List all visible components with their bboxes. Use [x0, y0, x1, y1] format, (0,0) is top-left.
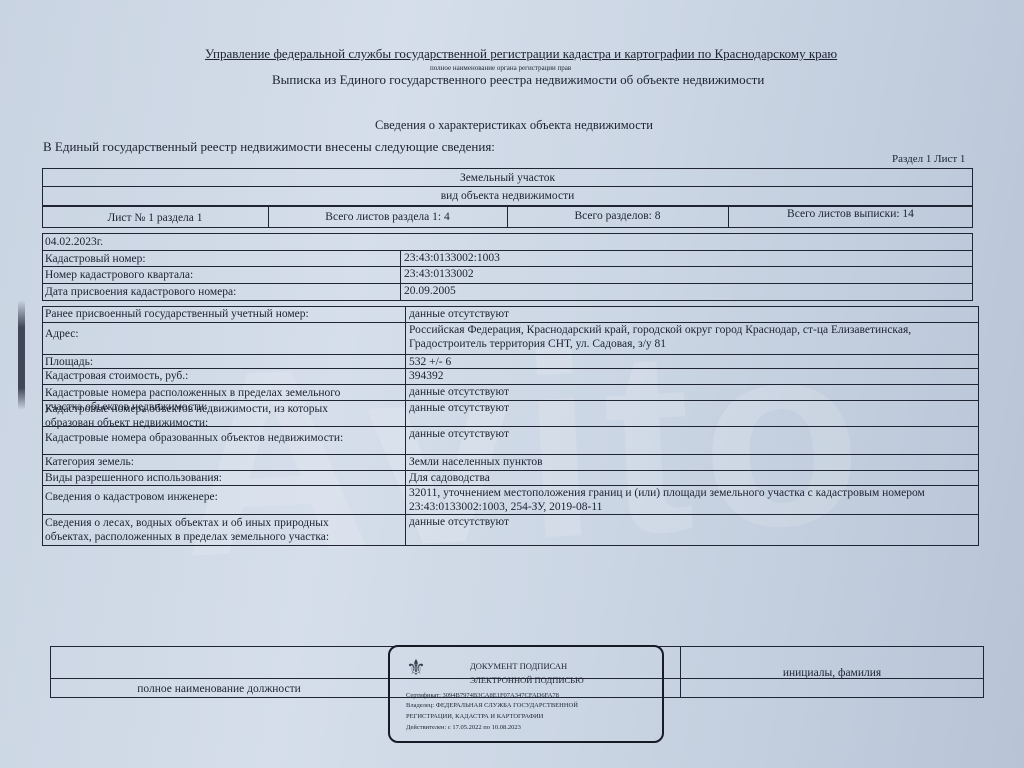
row-label: Адрес:	[45, 328, 79, 341]
row-divider	[42, 368, 979, 369]
sheet-reference: Раздел 1 Лист 1	[892, 153, 965, 165]
row-value: данные отсутствуют	[409, 386, 509, 399]
row-value: 23:43:0133002	[404, 268, 474, 281]
row-label: Кадастровые номера расположенных в преде…	[45, 387, 340, 400]
row-value: Земли населенных пунктов	[409, 456, 543, 469]
row-value: 23:43:0133002:1003	[404, 252, 500, 265]
row-divider	[42, 400, 979, 401]
section-title: Сведения о характеристиках объекта недви…	[375, 118, 653, 133]
row-divider	[42, 454, 979, 455]
row-label: Дата присвоения кадастрового номера:	[45, 286, 236, 299]
authority-caption: полное наименование органа регистрации п…	[430, 64, 571, 72]
electronic-signature-stamp: ⚜ ДОКУМЕНТ ПОДПИСАН ЭЛЕКТРОННОЙ ПОДПИСЬЮ…	[388, 645, 664, 743]
divider	[42, 186, 973, 187]
row-divider	[42, 426, 979, 427]
row-divider	[42, 283, 973, 284]
extract-date: 04.02.2023г.	[45, 236, 103, 249]
object-type: Земельный участок	[42, 172, 973, 185]
row-value-cont: Градостроитель территория СНТ, ул. Садов…	[409, 338, 666, 351]
object-type-caption: вид объекта недвижимости	[42, 190, 973, 203]
row-label: Кадастровая стоимость, руб.:	[45, 370, 188, 383]
row-value-cont: 23:43:0133002:1003, 254-ЗУ, 2019-08-11	[409, 501, 602, 514]
row-divider	[42, 250, 973, 251]
row-divider	[42, 485, 979, 486]
row-value: данные отсутствуют	[409, 516, 509, 529]
column-divider	[400, 250, 401, 266]
total-sheets-section: Всего листов раздела 1: 4	[268, 211, 507, 224]
position-caption: полное наименование должности	[50, 683, 388, 696]
row-label: Сведения о лесах, водных объектах и об и…	[45, 517, 329, 530]
extract-title: Выписка из Единого государственного реес…	[272, 72, 764, 88]
column-divider	[400, 266, 401, 283]
name-caption: инициалы, фамилия	[680, 667, 984, 680]
row-value: данные отсутствуют	[409, 402, 509, 415]
column-divider	[400, 283, 401, 301]
row-divider	[42, 384, 979, 385]
row-label: Сведения о кадастровом инженере:	[45, 491, 218, 504]
row-label: Категория земель:	[45, 456, 134, 469]
row-divider	[42, 322, 979, 323]
stamp-owner: Владелец: ФЕДЕРАЛЬНАЯ СЛУЖБА ГОСУДАРСТВЕ…	[406, 702, 578, 709]
stamp-certificate: Сертификат: 3094B7974B3CA8E1F07A347CFAD6…	[406, 692, 559, 699]
row-divider	[42, 266, 973, 267]
row-divider	[42, 354, 979, 355]
coat-of-arms-icon: ⚜	[404, 653, 428, 683]
row-value: данные отсутствуют	[409, 308, 509, 321]
row-label-cont: объектах, расположенных в пределах земел…	[45, 531, 329, 544]
row-label: Кадастровые номера образованных объектов…	[45, 432, 343, 445]
row-divider	[42, 514, 979, 515]
row-value: Российская Федерация, Краснодарский край…	[409, 324, 911, 337]
row-value: 20.09.2005	[404, 285, 456, 298]
row-label-cont: образован объект недвижимости:	[45, 417, 208, 430]
intro-text: В Единый государственный реестр недвижим…	[43, 139, 495, 155]
stamp-validity: Действителен: с 17.05.2022 по 10.08.2023	[406, 724, 521, 731]
row-value: Для садоводства	[409, 472, 490, 485]
row-label: Виды разрешенного использования:	[45, 472, 222, 485]
row-label: Кадастровый номер:	[45, 253, 146, 266]
stamp-owner2: РЕГИСТРАЦИИ, КАДАСТРА И КАРТОГРАФИИ	[406, 713, 543, 720]
stamp-line1: ДОКУМЕНТ ПОДПИСАН	[470, 661, 567, 671]
page-shadow	[18, 300, 25, 410]
stamp-line2: ЭЛЕКТРОННОЙ ПОДПИСЬЮ	[470, 675, 584, 685]
total-sheets-extract: Всего листов выписки: 14	[728, 208, 973, 221]
row-value: 32011, уточнением местоположения границ …	[409, 487, 925, 500]
row-divider	[42, 470, 979, 471]
sheet-number: Лист № 1 раздела 1	[42, 212, 268, 225]
row-label: Кадастровые номера объектов недвижимости…	[45, 403, 328, 416]
row-label: Ранее присвоенный государственный учетны…	[45, 308, 309, 321]
row-label: Номер кадастрового квартала:	[45, 269, 193, 282]
row-value: данные отсутствуют	[409, 428, 509, 441]
row-value: 394392	[409, 370, 444, 383]
total-sections: Всего разделов: 8	[507, 210, 728, 223]
registry-authority: Управление федеральной службы государств…	[205, 46, 837, 62]
